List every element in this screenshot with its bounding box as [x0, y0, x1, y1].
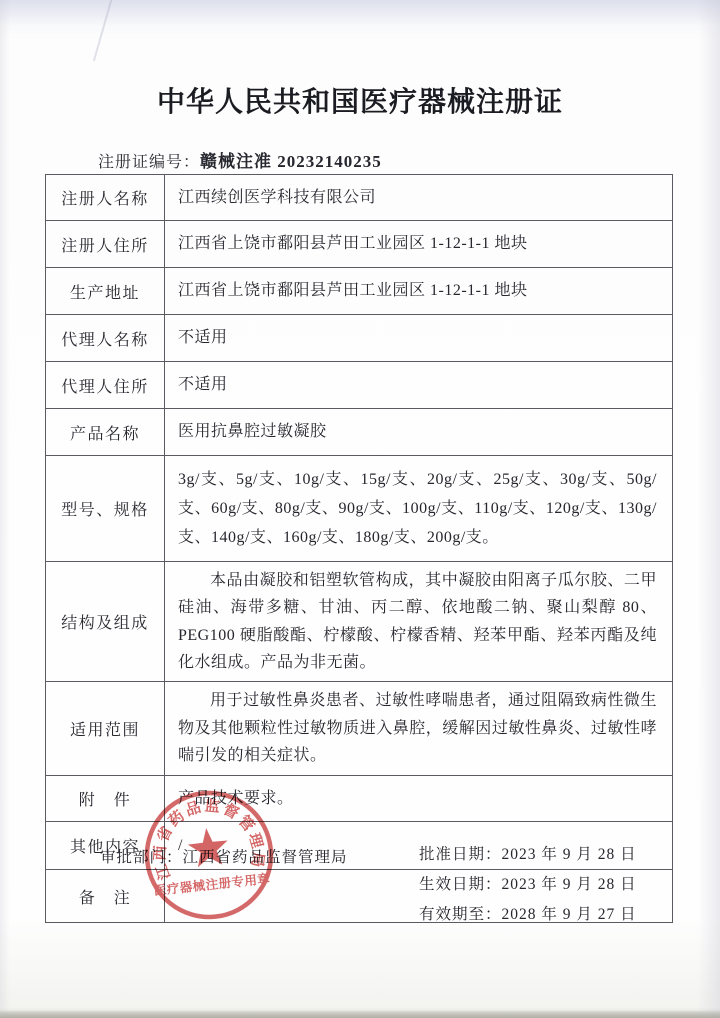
table-row: 结构及组成 本品由凝胶和铝塑软管构成，其中凝胶由阳离子瓜尔胶、二甲硅油、海带多糖…: [46, 562, 673, 682]
table-row: 注册人名称 江西续创医学科技有限公司: [46, 175, 673, 221]
table-row: 代理人住所 不适用: [46, 362, 673, 409]
row-value: 不适用: [165, 362, 673, 409]
row-label: 代理人名称: [46, 315, 165, 362]
registration-number-label: 注册证编号：: [98, 154, 200, 171]
row-value: 江西省上饶市鄱阳县芦田工业园区 1-12-1-1 地块: [165, 221, 673, 268]
row-value: 本品由凝胶和铝塑软管构成，其中凝胶由阳离子瓜尔胶、二甲硅油、海带多糖、甘油、丙二…: [165, 562, 673, 682]
expiry-date-line: 有效期至：2028 年 9 月 27 日: [419, 900, 637, 930]
table-row: 生产地址 江西省上饶市鄱阳县芦田工业园区 1-12-1-1 地块: [46, 268, 673, 315]
table-row: 型号、规格 3g/支、5g/支、10g/支、15g/支、20g/支、25g/支、…: [46, 456, 673, 562]
approval-date-label: 批准日期：: [419, 846, 502, 863]
table-row: 注册人住所 江西省上饶市鄱阳县芦田工业园区 1-12-1-1 地块: [46, 221, 673, 268]
paper-shading-left: [0, 0, 10, 1018]
approval-date-line: 批准日期：2023 年 9 月 28 日: [419, 840, 637, 870]
row-label: 型号、规格: [46, 456, 165, 562]
row-value: 江西续创医学科技有限公司: [165, 175, 673, 221]
paper-shading-right: [698, 0, 720, 1018]
row-value: 3g/支、5g/支、10g/支、15g/支、20g/支、25g/支、30g/支、…: [165, 456, 673, 562]
approval-date-value: 2023 年 9 月 28 日: [502, 846, 637, 863]
certificate-dates: 批准日期：2023 年 9 月 28 日 生效日期：2023 年 9 月 28 …: [419, 840, 637, 930]
row-label: 结构及组成: [46, 562, 165, 682]
row-label: 生产地址: [46, 268, 165, 315]
row-label: 注册人名称: [46, 175, 165, 221]
row-value: 用于过敏性鼻炎患者、过敏性哮喘患者，通过阻隔致病性微生物及其他颗粒性过敏物质进入…: [165, 682, 673, 776]
row-label: 产品名称: [46, 409, 165, 456]
row-value: 江西省上饶市鄱阳县芦田工业园区 1-12-1-1 地块: [165, 268, 673, 315]
expiry-date-label: 有效期至：: [419, 906, 502, 923]
row-label: 适用范围: [46, 682, 165, 776]
row-value: 不适用: [165, 315, 673, 362]
registration-number-value: 赣械注准 20232140235: [200, 152, 382, 171]
star-icon: [186, 826, 230, 868]
row-value: 医用抗鼻腔过敏凝胶: [165, 409, 673, 456]
row-label: 代理人住所: [46, 362, 165, 409]
table-row: 代理人名称 不适用: [46, 315, 673, 362]
effective-date-label: 生效日期：: [419, 876, 502, 893]
effective-date-line: 生效日期：2023 年 9 月 28 日: [419, 870, 637, 900]
paper-shading-bottom: [0, 1011, 720, 1018]
certificate-page: 中华人民共和国医疗器械注册证 注册证编号：赣械注准 20232140235 注册…: [0, 0, 720, 1018]
certificate-title: 中华人民共和国医疗器械注册证: [0, 80, 720, 120]
table-row: 产品名称 医用抗鼻腔过敏凝胶: [46, 409, 673, 456]
registration-number-line: 注册证编号：赣械注准 20232140235: [98, 147, 382, 172]
table-row: 适用范围 用于过敏性鼻炎患者、过敏性哮喘患者，通过阻隔致病性微生物及其他颗粒性过…: [46, 682, 673, 776]
paper-crease: [93, 0, 113, 61]
official-seal-stamp: 江西省药品监督管理局 医疗器械注册专用章: [132, 778, 286, 932]
expiry-date-value: 2028 年 9 月 27 日: [502, 906, 637, 923]
row-label: 注册人住所: [46, 221, 165, 268]
effective-date-value: 2023 年 9 月 28 日: [502, 876, 637, 893]
